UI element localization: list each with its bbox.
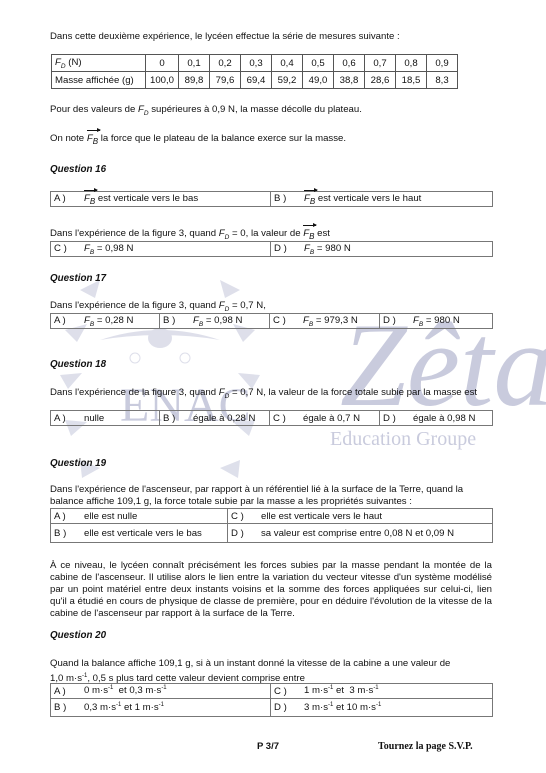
q16-option-a[interactable]: A )FB est verticale vers le bas xyxy=(51,192,271,207)
q16-option-b[interactable]: B )FB est verticale vers le haut xyxy=(271,192,493,207)
q17-option-a[interactable]: A )FB = 0,28 N xyxy=(51,314,160,329)
q19-option-d[interactable]: D )sa valeur est comprise entre 0,08 N e… xyxy=(228,524,493,543)
masse-value: 89,8 xyxy=(179,72,210,89)
intro-text: Dans cette deuxième expérience, le lycée… xyxy=(50,31,492,43)
q17-option-c[interactable]: C )FB = 979,3 N xyxy=(270,314,380,329)
q19-stem: Dans l'expérience de l'ascenseur, par ra… xyxy=(50,484,492,508)
q16-option-c[interactable]: C )FB = 0,98 N xyxy=(51,242,271,257)
q17-option-b[interactable]: B )FB = 0,98 N xyxy=(160,314,270,329)
q19-option-b[interactable]: B )elle est verticale vers le bas xyxy=(51,524,228,543)
paragraph-ascenseur: À ce niveau, le lycéen connaît préciséme… xyxy=(50,560,492,620)
q18-option-b[interactable]: B )égale à 0,28 N xyxy=(160,411,270,426)
masse-value: 59,2 xyxy=(272,72,303,89)
masse-value: 69,4 xyxy=(241,72,272,89)
watermark-education-groupe: Education Groupe xyxy=(330,428,476,451)
q17-options: A )FB = 0,28 N B )FB = 0,98 N C )FB = 97… xyxy=(50,313,493,329)
masse-value: 49,0 xyxy=(303,72,334,89)
fd-value: 0 xyxy=(146,55,179,72)
question-19-title: Question 19 xyxy=(50,458,106,469)
page-number: P 3/7 xyxy=(257,741,279,752)
fd-value: 0,5 xyxy=(303,55,334,72)
question-20-title: Question 20 xyxy=(50,630,106,641)
q19-option-a[interactable]: A )elle est nulle xyxy=(51,509,228,524)
q18-option-d[interactable]: D )égale à 0,98 N xyxy=(380,411,493,426)
q18-option-a[interactable]: A )nulle xyxy=(51,411,160,426)
paragraph-fb: On note FB la force que le plateau de la… xyxy=(50,133,492,148)
q19-option-c[interactable]: C )elle est verticale vers le haut xyxy=(228,509,493,524)
q17-option-d[interactable]: D )FB = 980 N xyxy=(380,314,493,329)
masse-value: 79,6 xyxy=(210,72,241,89)
q20-option-b[interactable]: B )0,3 m·s-1 et 1 m·s-1 xyxy=(51,699,271,717)
q16-option-d[interactable]: D )FB = 980 N xyxy=(271,242,493,257)
q20-option-d[interactable]: D )3 m·s-1 et 10 m·s-1 xyxy=(271,699,493,717)
masse-value: 100,0 xyxy=(146,72,179,89)
measures-table: FD (N) 00,10,20,30,40,50,60,70,80,9 Mass… xyxy=(51,54,458,89)
fd-value: 0,9 xyxy=(427,55,458,72)
masse-value: 18,5 xyxy=(396,72,427,89)
question-17-title: Question 17 xyxy=(50,273,106,284)
fd-value: 0,3 xyxy=(241,55,272,72)
q19-options: A )elle est nulle C )elle est verticale … xyxy=(50,508,493,543)
fd-value: 0,1 xyxy=(179,55,210,72)
fd-value: 0,6 xyxy=(334,55,365,72)
q20-options: A )0 m·s-1 et 0,3 m·s-1 C )1 m·s-1 et 3 … xyxy=(50,683,493,717)
q18-options: A )nulle B )égale à 0,28 N C )égale à 0,… xyxy=(50,410,493,426)
fd-value: 0,7 xyxy=(365,55,396,72)
q20-option-c[interactable]: C )1 m·s-1 et 3 m·s-1 xyxy=(271,684,493,699)
fd-value: 0,4 xyxy=(272,55,303,72)
masse-value: 8,3 xyxy=(427,72,458,89)
turn-page-note: Tournez la page S.V.P. xyxy=(378,741,473,752)
question-18-title: Question 18 xyxy=(50,359,106,370)
q18-option-c[interactable]: C )égale à 0,7 N xyxy=(270,411,380,426)
fd-value: 0,8 xyxy=(396,55,427,72)
q20-stem: Quand la balance affiche 109,1 g, si à u… xyxy=(50,658,492,685)
paragraph-fd: Pour des valeurs de FD supérieures à 0,9… xyxy=(50,104,492,120)
q16-options-ab: A )FB est verticale vers le bas B )FB es… xyxy=(50,191,493,207)
fd-value: 0,2 xyxy=(210,55,241,72)
masse-value: 28,6 xyxy=(365,72,396,89)
q20-option-a[interactable]: A )0 m·s-1 et 0,3 m·s-1 xyxy=(51,684,271,699)
question-16-title: Question 16 xyxy=(50,164,106,175)
masse-label: Masse affichée (g) xyxy=(52,72,146,89)
masse-value: 38,8 xyxy=(334,72,365,89)
q18-stem: Dans l'expérience de la figure 3, quand … xyxy=(50,387,492,403)
q16-options-cd: C )FB = 0,98 N D )FB = 980 N xyxy=(50,241,493,257)
